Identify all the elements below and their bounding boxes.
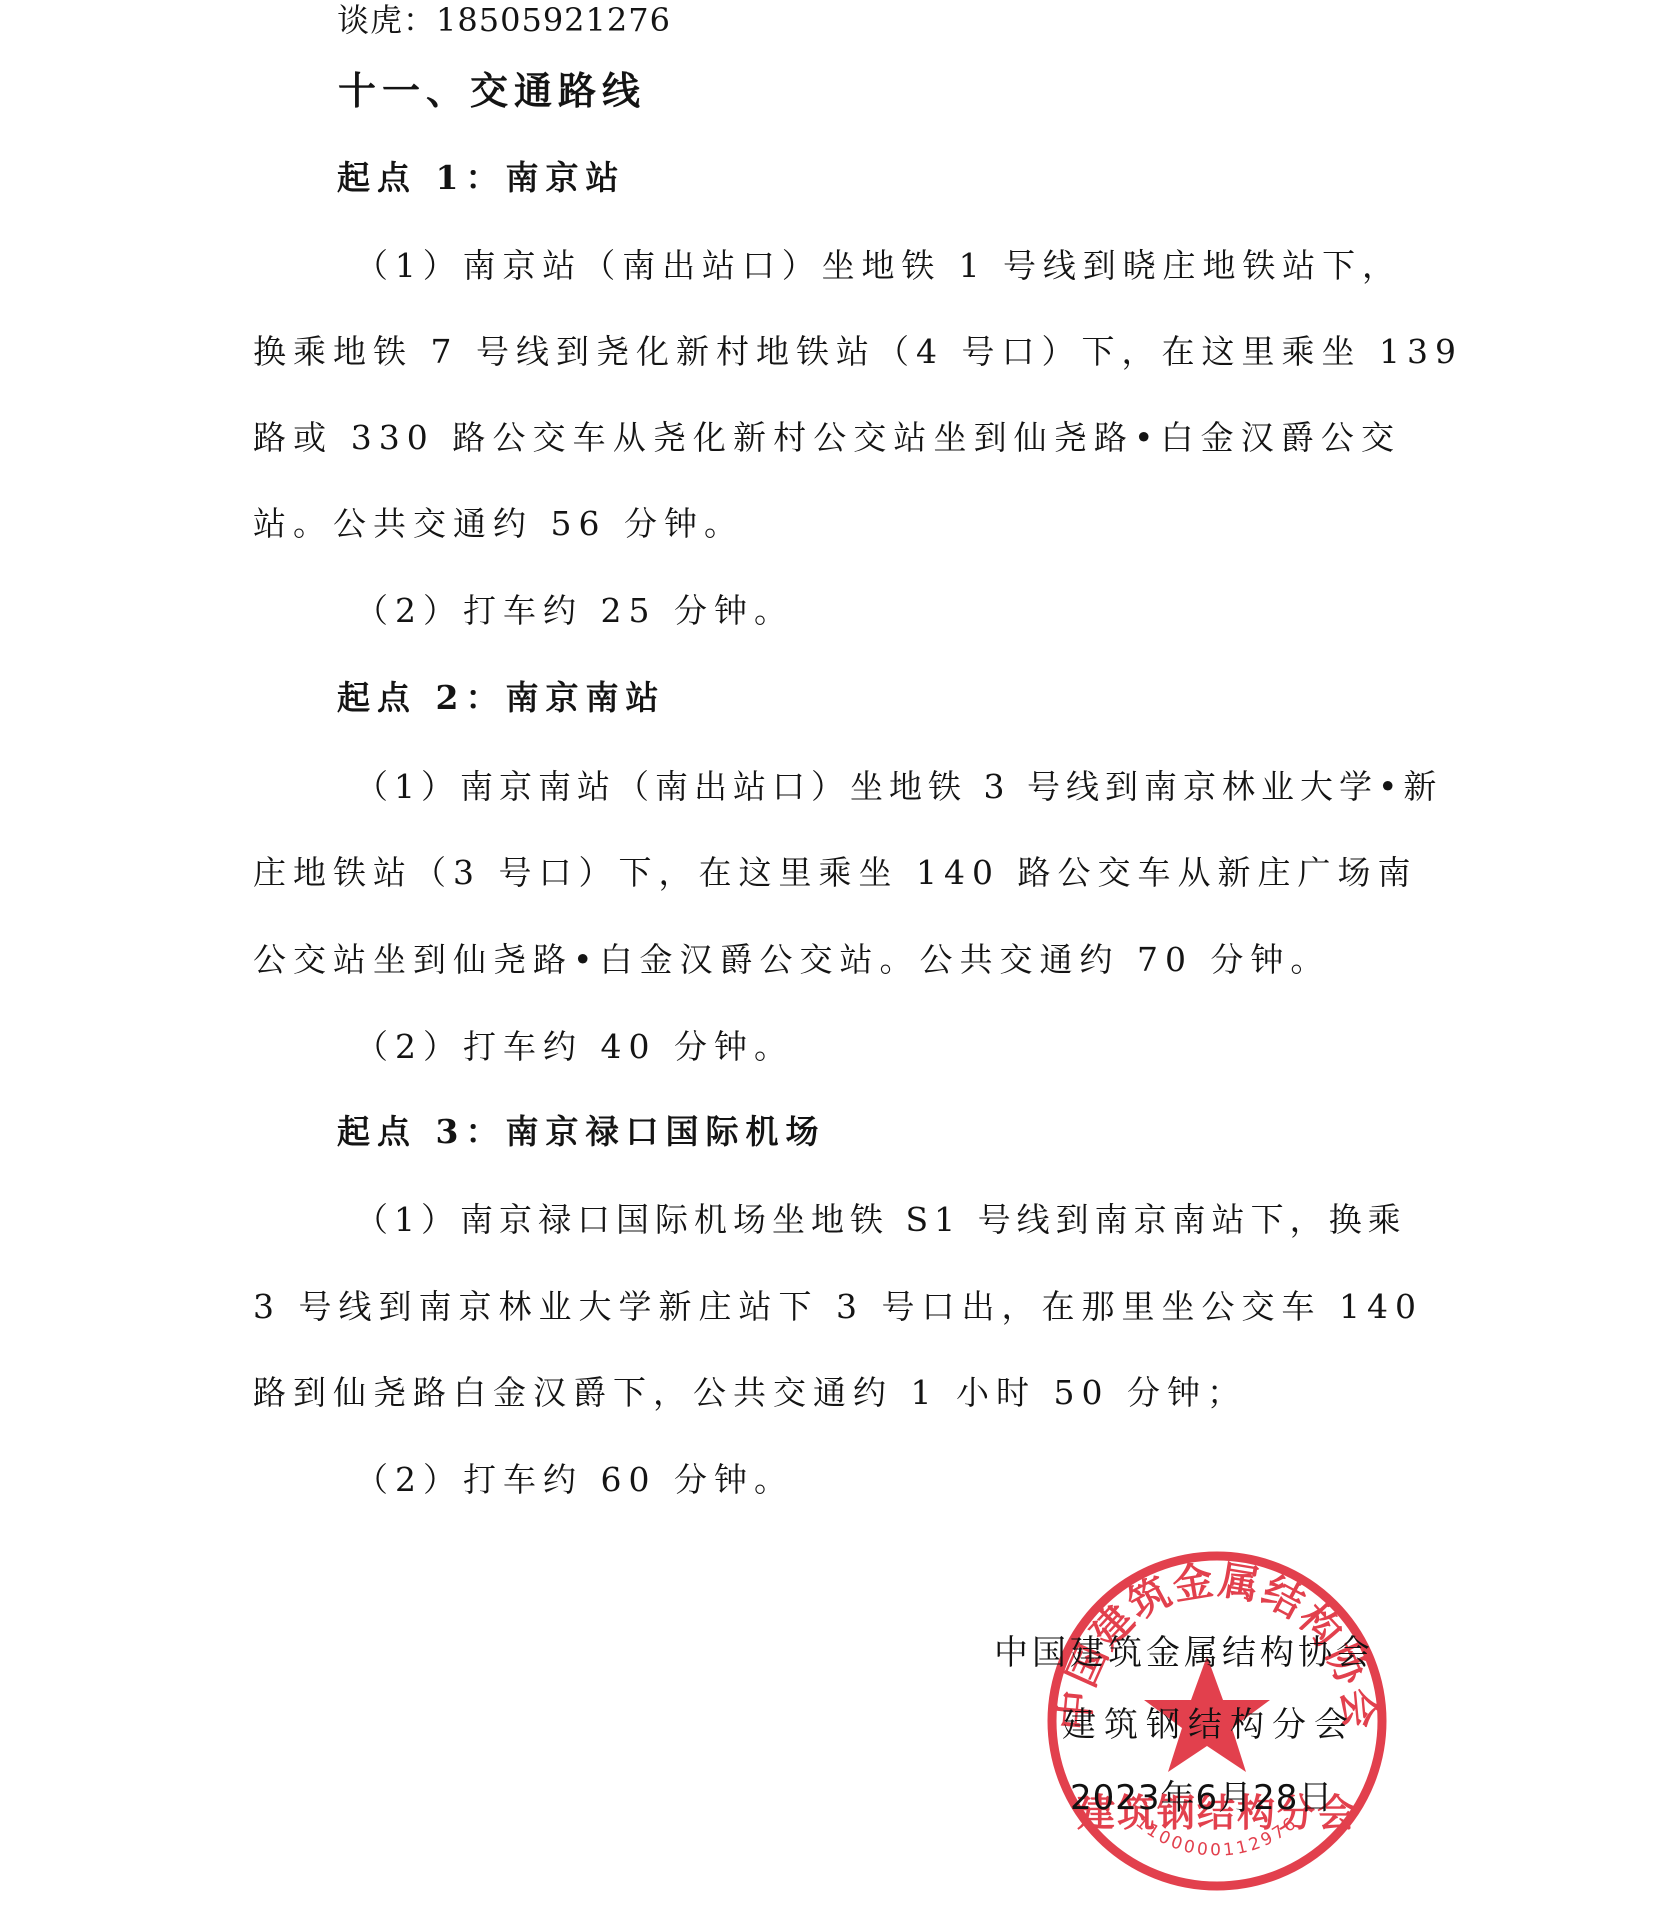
route-1-line-3: 路或 330 路公交车从尧化新村公交站坐到仙尧路•白金汉爵公交 (253, 418, 1401, 458)
route-2-line-1: （1）南京南站（南出站口）坐地铁 3 号线到南京林业大学•新 (355, 767, 1401, 807)
route-3-line-1: （1）南京禄口国际机场坐地铁 S1 号线到南京南站下，换乘 (355, 1200, 1401, 1240)
contact-line: 谈虎：18505921276 (337, 0, 671, 40)
route-3-heading: 起点 3：南京禄口国际机场 (337, 1112, 825, 1152)
route-2-line-2: 庄地铁站（3 号口）下，在这里乘坐 140 路公交车从新庄广场南 (253, 853, 1401, 893)
contact-label: 谈虎： (337, 1, 436, 39)
route-1-taxi: （2）打车约 25 分钟。 (355, 591, 794, 631)
section-title: 十一、交通路线 (338, 69, 646, 113)
route-2-heading: 起点 2：南京南站 (337, 678, 665, 718)
route-3-line-2: 3 号线到南京林业大学新庄站下 3 号口出，在那里坐公交车 140 (253, 1287, 1401, 1327)
route-3-taxi: （2）打车约 60 分钟。 (355, 1460, 794, 1500)
route-1-heading: 起点 1：南京站 (337, 158, 625, 198)
signature-organization: 中国建筑金属结构协会 (994, 1633, 1374, 1673)
route-2-line-3: 公交站坐到仙尧路•白金汉爵公交站。公共交通约 70 分钟。 (253, 940, 1330, 980)
signature-date: 2023年6月28日 (1070, 1778, 1333, 1818)
contact-phone: 18505921276 (436, 1, 671, 39)
signature-branch: 建筑钢结构分会 (1062, 1705, 1356, 1745)
route-3-line-3: 路到仙尧路白金汉爵下，公共交通约 1 小时 50 分钟； (253, 1373, 1247, 1413)
route-2-taxi: （2）打车约 40 分钟。 (355, 1027, 794, 1067)
route-1-line-4: 站。公共交通约 56 分钟。 (253, 504, 744, 544)
route-1-line-1: （1）南京站（南出站口）坐地铁 1 号线到晓庄地铁站下， (355, 246, 1401, 286)
route-1-line-2: 换乘地铁 7 号线到尧化新村地铁站（4 号口）下，在这里乘坐 139 (253, 332, 1401, 372)
